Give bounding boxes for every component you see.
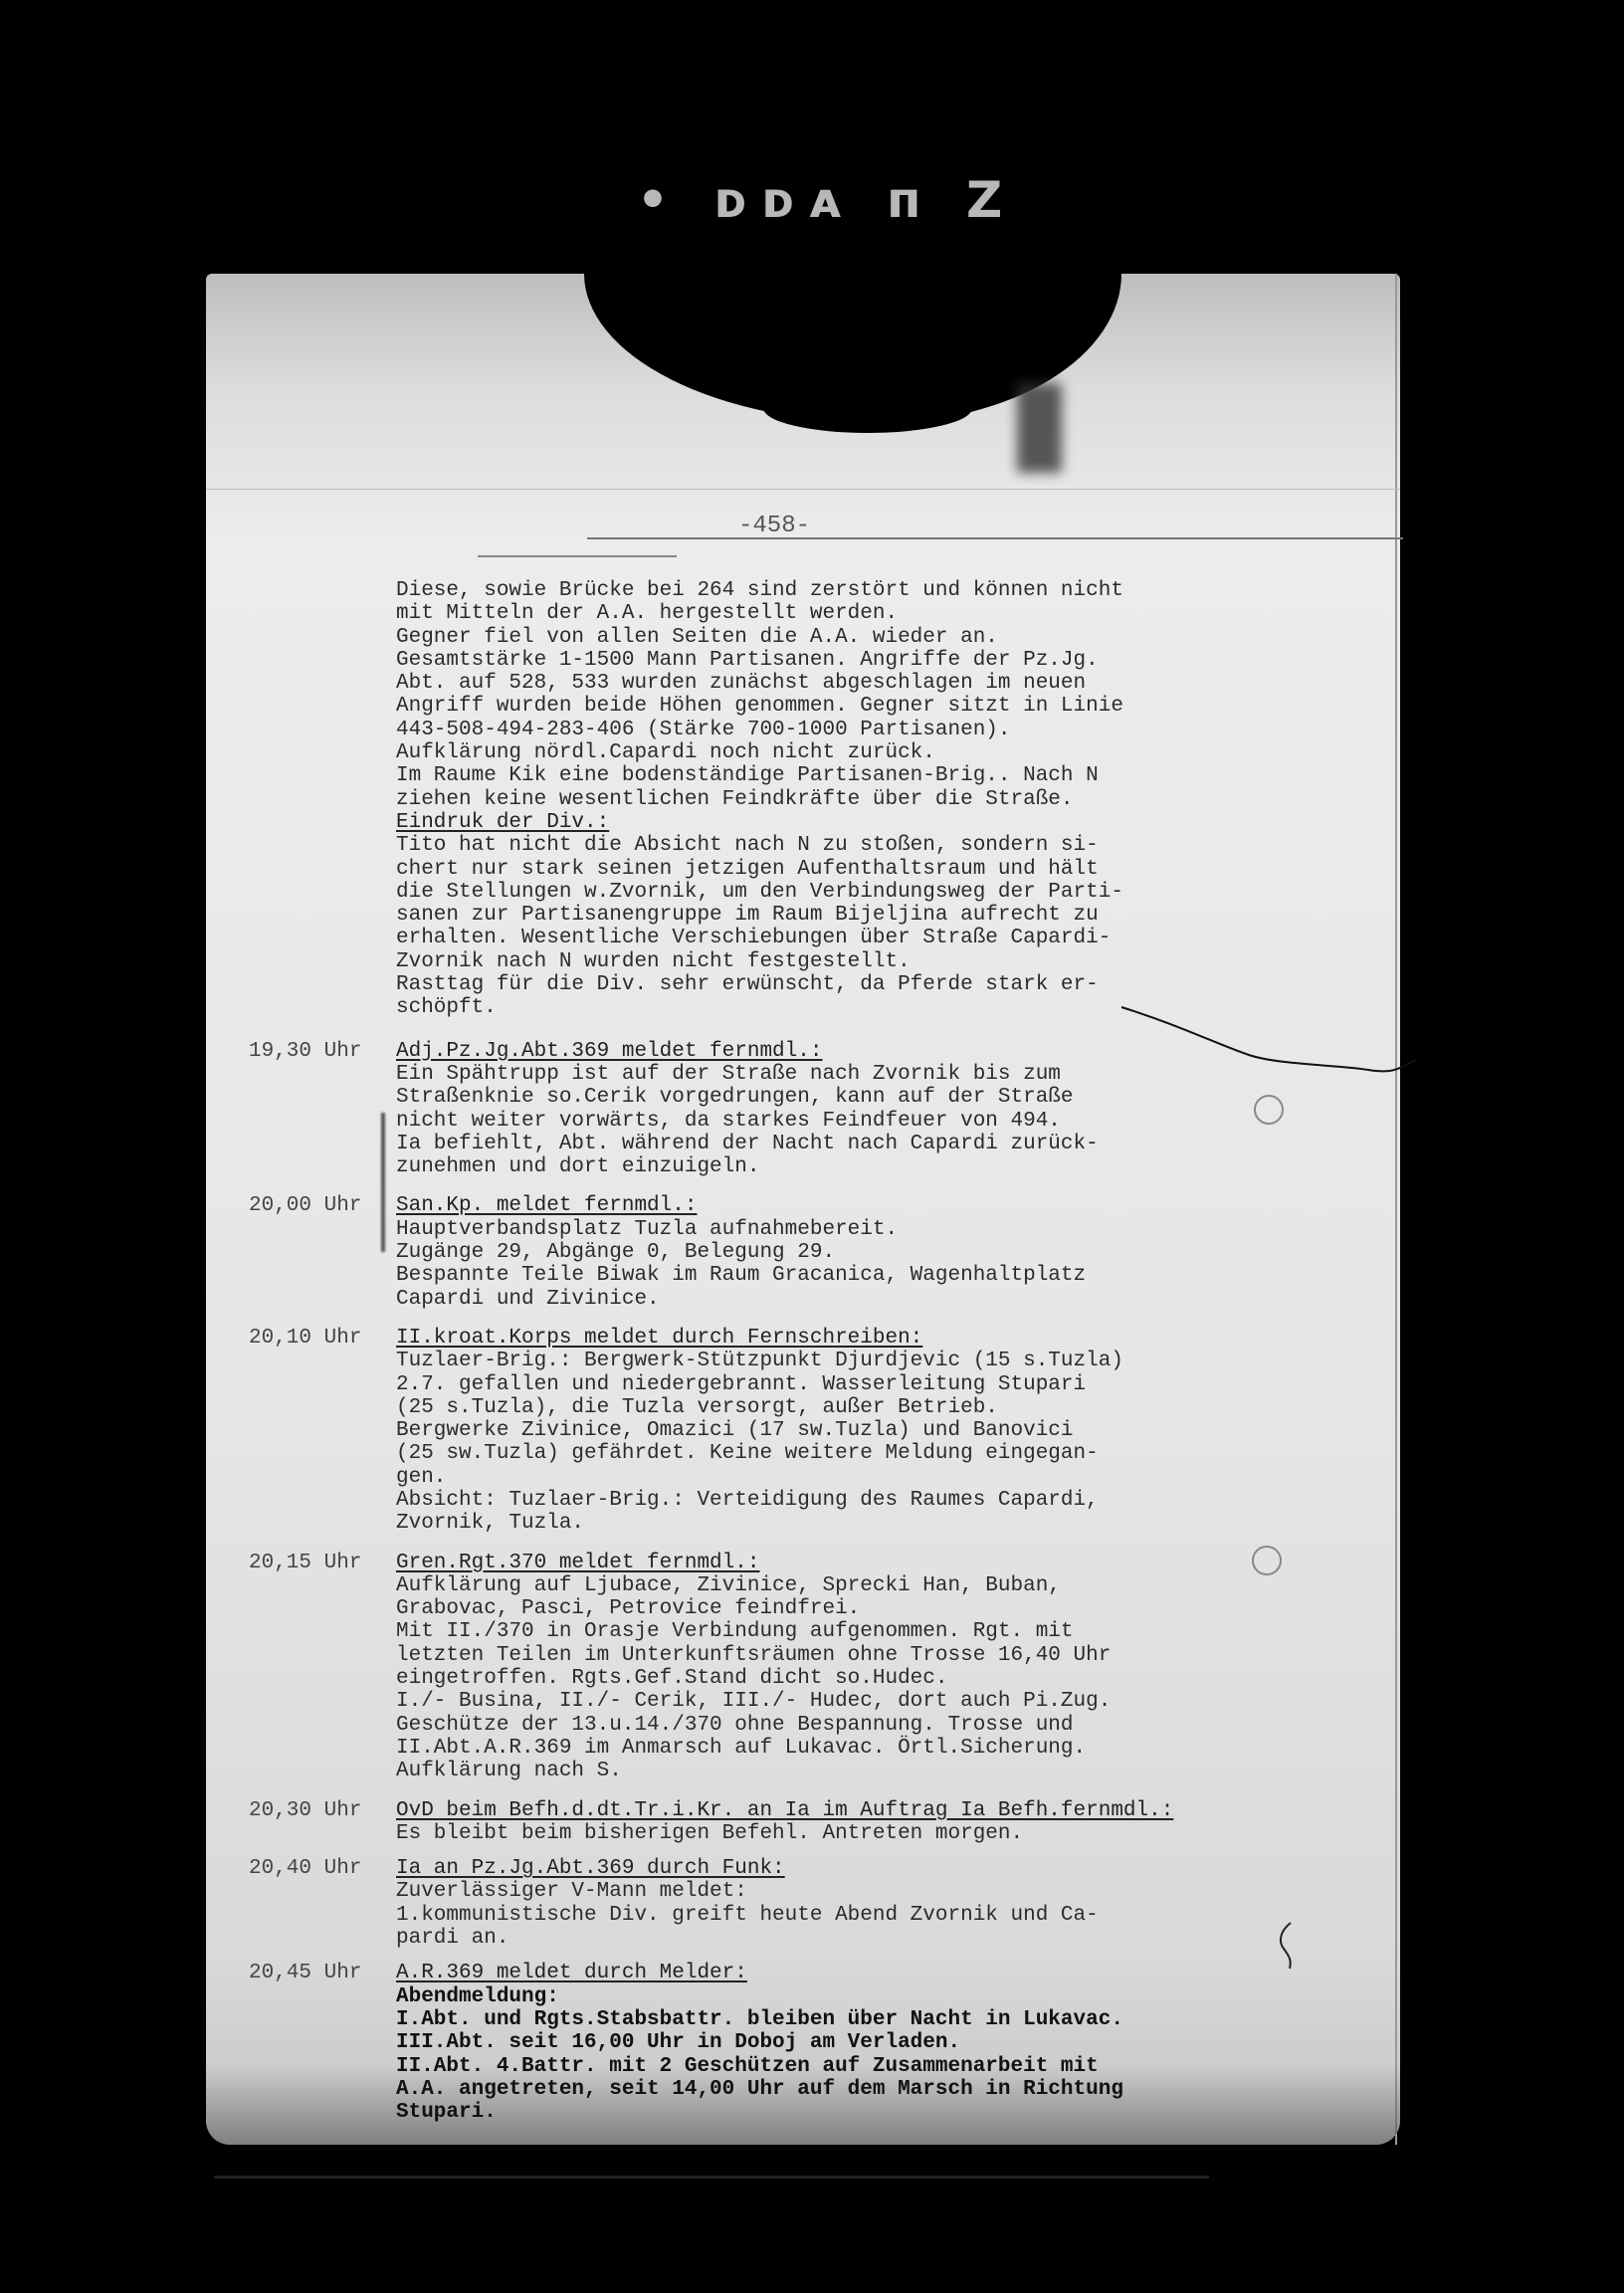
text-line: Tito hat nicht die Absicht nach N zu sto…: [396, 834, 1292, 857]
text-line: II.Abt. 4.Battr. mit 2 Geschützen auf Zu…: [396, 2055, 1292, 2078]
text-line: 1.kommunistische Div. greift heute Abend…: [396, 1904, 1292, 1927]
scan-line: [206, 489, 1400, 490]
text-line: 2.7. gefallen und niedergebrannt. Wasser…: [396, 1373, 1292, 1396]
text-line: I./- Busina, II./- Cerik, III./- Hudec, …: [396, 1690, 1292, 1713]
text-line: Bergwerke Zivinice, Omazici (17 sw.Tuzla…: [396, 1419, 1292, 1442]
text-line: eingetroffen. Rgts.Gef.Stand dicht so.Hu…: [396, 1667, 1292, 1690]
entry-time: 20,10 Uhr: [249, 1327, 361, 1350]
entry-heading: Gren.Rgt.370 meldet fernmdl.:: [396, 1552, 1292, 1574]
entry-time: 20,30 Uhr: [249, 1799, 361, 1822]
log-entry: 20,40 UhrIa an Pz.Jg.Abt.369 durch Funk:…: [396, 1857, 1292, 1950]
text-line: schöpft.: [396, 996, 1292, 1019]
text-line: Zvornik nach N wurden nicht festgestellt…: [396, 950, 1292, 973]
entry-heading: A.R.369 meldet durch Melder:: [396, 1962, 1292, 1984]
text-line: Bespannte Teile Biwak im Raum Gracanica,…: [396, 1264, 1292, 1287]
text-line: Im Raume Kik eine bodenständige Partisan…: [396, 764, 1292, 787]
entry-heading: Ia an Pz.Jg.Abt.369 durch Funk:: [396, 1857, 1292, 1880]
text-line: pardi an.: [396, 1927, 1292, 1950]
text-line: Aufklärung nach S.: [396, 1760, 1292, 1782]
stamp-header: • ᴅᴅᴀ ᴨ Z: [637, 171, 1016, 229]
text-line: die Stellungen w.Zvornik, um den Verbind…: [396, 881, 1292, 904]
text-line: gen.: [396, 1466, 1292, 1489]
header-rule: [587, 537, 1403, 539]
text-line: Zvornik, Tuzla.: [396, 1512, 1292, 1535]
page-number: -458-: [738, 513, 810, 539]
text-line: Hauptverbandsplatz Tuzla aufnahmebereit.: [396, 1218, 1292, 1241]
entry-time: 20,15 Uhr: [249, 1552, 361, 1574]
text-line: Straßenknie so.Cerik vorgedrungen, kann …: [396, 1086, 1292, 1109]
division-impression: Eindruk der Div.: Tito hat nicht die Abs…: [396, 811, 1292, 1020]
page-damage-lower: [763, 383, 972, 433]
text-line: ziehen keine wesentlichen Feindkräfte üb…: [396, 788, 1292, 811]
text-line: Ein Spähtrupp ist auf der Straße nach Zv…: [396, 1063, 1292, 1086]
text-line: Gesamtstärke 1-1500 Mann Partisanen. Ang…: [396, 649, 1292, 672]
entry-heading: II.kroat.Korps meldet durch Fernschreibe…: [396, 1327, 1292, 1350]
text-line: letzten Teilen im Unterkunftsräumen ohne…: [396, 1644, 1292, 1667]
entry-time: 20,45 Uhr: [249, 1962, 361, 1984]
entry-heading: San.Kp. meldet fernmdl.:: [396, 1194, 1292, 1217]
log-entry: 19,30 UhrAdj.Pz.Jg.Abt.369 meldet fernmd…: [396, 1040, 1292, 1179]
text-line: Es bleibt beim bisherigen Befehl. Antret…: [396, 1822, 1292, 1845]
text-line: Aufklärung auf Ljubace, Zivinice, Spreck…: [396, 1574, 1292, 1597]
log-entry: 20,30 UhrOvD beim Befh.d.dt.Tr.i.Kr. an …: [396, 1799, 1292, 1846]
text-line: Abt. auf 528, 533 wurden zunächst abgesc…: [396, 672, 1292, 695]
text-line: A.A. angetreten, seit 14,00 Uhr auf dem …: [396, 2078, 1292, 2101]
text-line: Diese, sowie Brücke bei 264 sind zerstör…: [396, 579, 1292, 602]
log-entry: 20,00 UhrSan.Kp. meldet fernmdl.:Hauptve…: [396, 1194, 1292, 1310]
entry-time: 19,30 Uhr: [249, 1040, 361, 1063]
text-line: mit Mitteln der A.A. hergestellt werden.: [396, 602, 1292, 625]
log-entry: 20,15 UhrGren.Rgt.370 meldet fernmdl.:Au…: [396, 1552, 1292, 1783]
log-entries: 19,30 UhrAdj.Pz.Jg.Abt.369 meldet fernmd…: [396, 1040, 1292, 2125]
log-entry: 20,45 UhrA.R.369 meldet durch Melder:Abe…: [396, 1962, 1292, 2124]
text-line: I.Abt. und Rgts.Stabsbattr. bleiben über…: [396, 2008, 1292, 2031]
footer-rule: [214, 2176, 1209, 2179]
text-line: Tuzlaer-Brig.: Bergwerk-Stützpunkt Djurd…: [396, 1350, 1292, 1372]
text-line: chert nur stark seinen jetzigen Aufentha…: [396, 858, 1292, 881]
entry-time: 20,40 Uhr: [249, 1857, 361, 1880]
entry-time: 20,00 Uhr: [249, 1194, 361, 1217]
text-line: Capardi und Zivinice.: [396, 1288, 1292, 1311]
intro-paragraph: Diese, sowie Brücke bei 264 sind zerstör…: [396, 579, 1292, 811]
header-rule-short: [478, 555, 677, 557]
text-line: Gegner fiel von allen Seiten die A.A. wi…: [396, 626, 1292, 649]
text-line: Zuverlässiger V-Mann meldet:: [396, 1880, 1292, 1903]
log-entry: 20,10 UhrII.kroat.Korps meldet durch Fer…: [396, 1327, 1292, 1536]
text-line: Rasttag für die Div. sehr erwünscht, da …: [396, 973, 1292, 996]
section-heading: Eindruk der Div.:: [396, 811, 1292, 834]
entry-heading: OvD beim Befh.d.dt.Tr.i.Kr. an Ia im Auf…: [396, 1799, 1292, 1822]
text-line: Geschütze der 13.u.14./370 ohne Bespannu…: [396, 1714, 1292, 1737]
document-body: Diese, sowie Brücke bei 264 sind zerstör…: [396, 579, 1292, 2124]
text-line: Absicht: Tuzlaer-Brig.: Verteidigung des…: [396, 1489, 1292, 1512]
text-line: II.Abt.A.R.369 im Anmarsch auf Lukavac. …: [396, 1737, 1292, 1760]
text-line: Abendmeldung:: [396, 1985, 1292, 2008]
text-line: zunehmen und dort einzuigeln.: [396, 1155, 1292, 1178]
text-line: Stupari.: [396, 2101, 1292, 2124]
margin-mark: [381, 1113, 385, 1252]
text-line: Grabovac, Pasci, Petrovice feindfrei.: [396, 1597, 1292, 1620]
entry-heading: Adj.Pz.Jg.Abt.369 meldet fernmdl.:: [396, 1040, 1292, 1063]
text-line: Zugänge 29, Abgänge 0, Belegung 29.: [396, 1241, 1292, 1264]
text-line: Angriff wurden beide Höhen genommen. Geg…: [396, 695, 1292, 718]
text-line: sanen zur Partisanengruppe im Raum Bijel…: [396, 904, 1292, 927]
text-line: 443-508-494-283-406 (Stärke 700-1000 Par…: [396, 719, 1292, 741]
margin-rule: [1395, 274, 1397, 2145]
text-line: Aufklärung nördl.Capardi noch nicht zurü…: [396, 741, 1292, 764]
text-line: nicht weiter vorwärts, da starkes Feindf…: [396, 1110, 1292, 1133]
text-line: (25 sw.Tuzla) gefährdet. Keine weitere M…: [396, 1442, 1292, 1465]
text-line: III.Abt. seit 16,00 Uhr in Doboj am Verl…: [396, 2031, 1292, 2054]
text-line: (25 s.Tuzla), die Tuzla versorgt, außer …: [396, 1396, 1292, 1419]
text-line: erhalten. Wesentliche Verschiebungen übe…: [396, 927, 1292, 949]
ink-smudge: [1017, 383, 1062, 473]
text-line: Mit II./370 in Orasje Verbindung aufgeno…: [396, 1620, 1292, 1643]
text-line: Ia befiehlt, Abt. während der Nacht nach…: [396, 1133, 1292, 1155]
